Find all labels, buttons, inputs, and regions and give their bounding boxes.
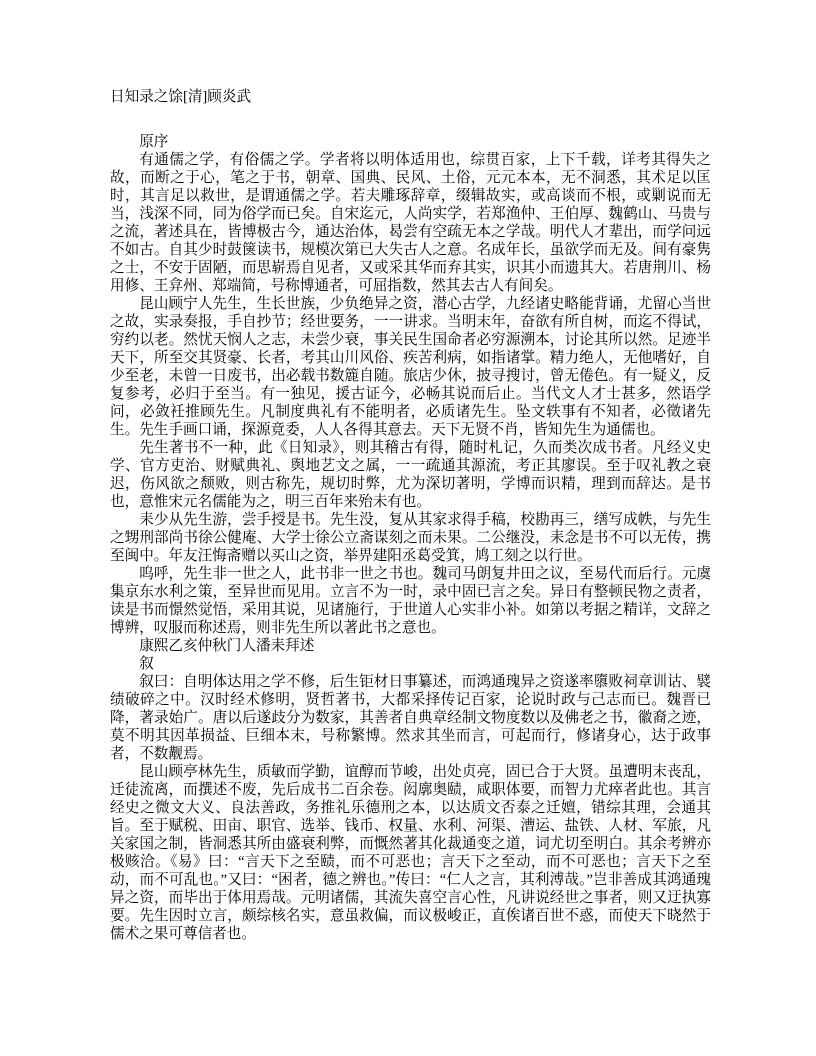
narration-heading: 叙 [110, 655, 711, 673]
preface-signature: 康熙乙亥仲秋门人潘耒拜述 [110, 637, 711, 655]
preface-paragraph-2: 昆山顾宁人先生，生长世族，少负绝异之资，潜心古学，九经诸史略能背诵，尤留心当世之… [110, 295, 711, 439]
preface-paragraph-4: 耒少从先生游，尝手授是书。先生没，复从其家求得手稿，校勘再三，缮写成帙，与先生之… [110, 511, 711, 565]
narration-paragraph-2: 昆山顾亭林先生，质敏而学勤，谊醇而节峻，出处贞亮，固已合于大贤。虽遭明末丧乱，迁… [110, 763, 711, 943]
document-page: 日知录之馀[清]顾炎武 原序 有通儒之学，有俗儒之学。学者将以明体适用也，综贯百… [0, 0, 816, 1056]
document-title: 日知录之馀[清]顾炎武 [110, 88, 711, 106]
preface-paragraph-1: 有通儒之学，有俗儒之学。学者将以明体适用也，综贯百家，上下千载，详考其得失之故，… [110, 151, 711, 295]
narration-paragraph-1: 叙曰：自明体达用之学不修，后生钜材日事纂述，而鸿通瑰异之资遂率隳败祠章训诂、襞绩… [110, 673, 711, 763]
preface-paragraph-5: 呜呼，先生非一世之人，此书非一世之书也。魏司马朗复井田之议，至易代而后行。元虞集… [110, 565, 711, 637]
preface-paragraph-3: 先生著书不一种，此《日知录》，则其稽古有得，随时札记，久而类次成书者。凡经义史学… [110, 439, 711, 511]
document-content: 日知录之馀[清]顾炎武 原序 有通儒之学，有俗儒之学。学者将以明体适用也，综贯百… [110, 88, 711, 943]
preface-heading: 原序 [110, 133, 711, 151]
